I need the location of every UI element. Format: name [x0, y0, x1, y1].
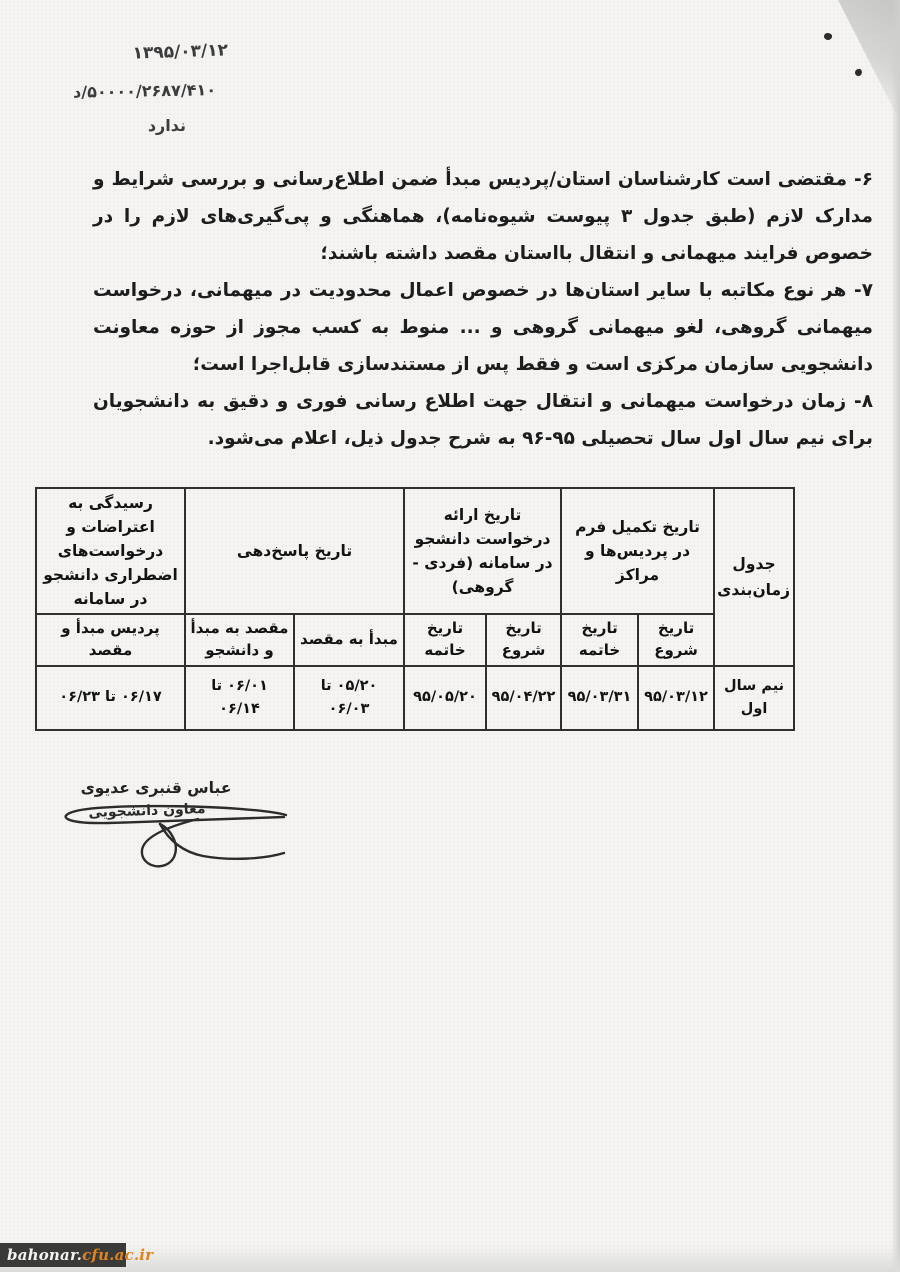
sub-header-start-form: تاریخ شروع	[638, 614, 714, 666]
value-request-start: ۹۵/۰۴/۲۲	[486, 666, 561, 730]
letter-body: ۶- مقتضی است کارشناسان استان/پردیس مبدأ …	[93, 161, 873, 457]
scan-corner-shade	[828, 0, 900, 122]
group-header-form-completion: تاریخ تکمیل فرم در پردیس‌ها و مراکز	[561, 488, 714, 614]
paragraph-item-6: ۶- مقتضی است کارشناسان استان/پردیس مبدأ …	[93, 161, 873, 272]
group-header-response-dates: تاریخ پاسخ‌دهی	[185, 488, 404, 614]
paragraph-item-7: ۷- هر نوع مکاتبه با سایر استان‌ها در خصو…	[93, 272, 873, 383]
scan-speck	[854, 68, 862, 76]
value-request-end: ۹۵/۰۵/۲۰	[404, 666, 486, 730]
value-objections-window: ۰۶/۱۷ تا ۰۶/۲۳	[36, 666, 185, 730]
watermark-bar: bahonar.cfu.ac.ir	[0, 1243, 126, 1267]
sub-header-end-request: تاریخ خاتمه	[404, 614, 486, 666]
letter-attachment: ندارد	[8, 116, 186, 135]
row-label-first-semester: نیم سال اول	[714, 666, 794, 730]
scan-right-edge-shade	[891, 0, 900, 1272]
letter-ref-number: ۵۰۰۰۰/۲۶۸۷/۴۱۰/د	[8, 80, 216, 103]
sub-header-end-form: تاریخ خاتمه	[561, 614, 638, 666]
watermark-site-prefix: bahonar.	[7, 1246, 82, 1264]
table-data-row: نیم سال اول ۹۵/۰۳/۱۲ ۹۵/۰۳/۳۱ ۹۵/۰۴/۲۲ ۹…	[36, 666, 794, 730]
paragraph-item-8: ۸- زمان درخواست میهمانی و انتقال جهت اطل…	[93, 383, 873, 457]
letter-date: ۱۳۹۵/۰۳/۱۲	[18, 40, 229, 67]
value-dest-to-origin: ۰۶/۰۱ تا ۰۶/۱۴	[185, 666, 294, 730]
sub-header-campus-origin-dest: پردیس مبدأ و مقصد	[36, 614, 185, 666]
value-form-start: ۹۵/۰۳/۱۲	[638, 666, 714, 730]
scanned-letter-page: ۱۳۹۵/۰۳/۱۲ ۵۰۰۰۰/۲۶۸۷/۴۱۰/د ندارد ۶- مقت…	[0, 0, 900, 1272]
table-group-header-row: جدول زمان‌بندی تاریخ تکمیل فرم در پردیس‌…	[36, 488, 794, 614]
signature-scrawl	[48, 793, 298, 878]
watermark-site-suffix: cfu.ac.ir	[82, 1246, 153, 1264]
group-header-objections: رسیدگی به اعتراضات و درخواست‌های اضطراری…	[36, 488, 185, 614]
sub-header-dest-to-origin: مقصد به مبدأ و دانشجو	[185, 614, 294, 666]
scan-speck	[823, 32, 833, 41]
table-corner-header: جدول زمان‌بندی	[714, 488, 794, 666]
schedule-table: جدول زمان‌بندی تاریخ تکمیل فرم در پردیس‌…	[35, 487, 795, 731]
sub-header-start-request: تاریخ شروع	[486, 614, 561, 666]
value-form-end: ۹۵/۰۳/۳۱	[561, 666, 638, 730]
group-header-student-request: تاریخ ارائه درخواست دانشجو در سامانه (فر…	[404, 488, 561, 614]
value-origin-to-dest: ۰۵/۲۰ تا ۰۶/۰۳	[294, 666, 404, 730]
table-sub-header-row: تاریخ شروع تاریخ خاتمه تاریخ شروع تاریخ …	[36, 614, 794, 666]
sub-header-origin-to-dest: مبدأ به مقصد	[294, 614, 404, 666]
